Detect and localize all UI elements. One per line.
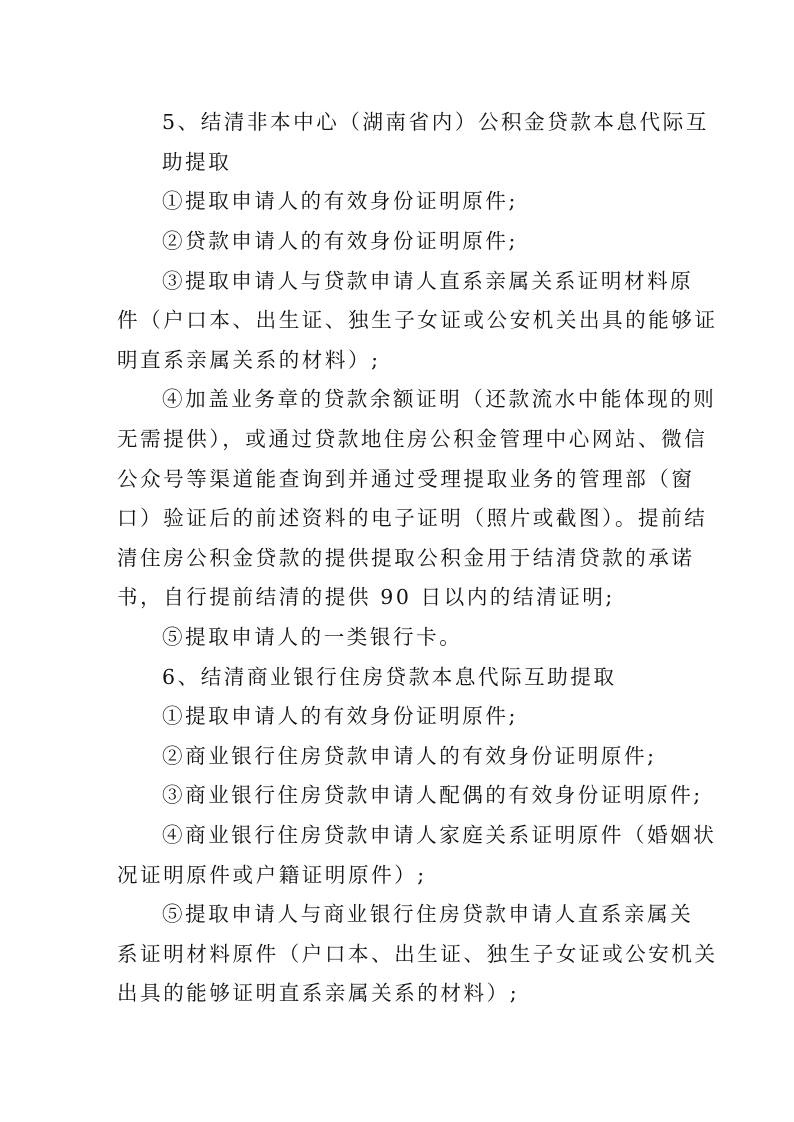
section-5-item-4-line-4: 口）验证后的前述资料的电子证明（照片或截图）。提前结 bbox=[117, 504, 707, 532]
section-5-item-1: ①提取申请人的有效身份证明原件; bbox=[162, 187, 518, 215]
section-5-item-3-line-3: 明直系亲属关系的材料）; bbox=[117, 346, 381, 374]
section-5-item-4-line-2: 无需提供），或通过贷款地住房公积金管理中心网站、微信 bbox=[117, 425, 707, 453]
section-5-item-3-line-2: 件（户口本、出生证、独生子女证或公安机关出具的能够证 bbox=[117, 306, 718, 334]
section-5-item-2: ②贷款申请人的有效身份证明原件; bbox=[162, 227, 518, 255]
section-5-item-4-line-3: 公众号等渠道能查询到并通过受理提取业务的管理部（窗 bbox=[117, 465, 695, 493]
section-6-item-4-line-1: ④商业银行住房贷款申请人家庭关系证明原件（婚姻状 bbox=[162, 821, 716, 849]
section-5-item-5: ⑤提取申请人的一类银行卡。 bbox=[162, 623, 462, 651]
section-6-item-1: ①提取申请人的有效身份证明原件; bbox=[162, 702, 518, 730]
section-6-item-5-line-2: 系证明材料原件（户口本、出生证、独生子女证或公安机关 bbox=[117, 940, 718, 968]
section-6-item-2: ②商业银行住房贷款申请人的有效身份证明原件; bbox=[162, 742, 657, 770]
section-6-item-5-line-1: ⑤提取申请人与商业银行住房贷款申请人直系亲属关 bbox=[162, 900, 693, 928]
section-5-item-4-line-6: 书，自行提前结清的提供 90 日以内的结清证明; bbox=[117, 583, 615, 611]
section-5-item-4-line-1: ④加盖业务章的贷款余额证明（还款流水中能体现的则 bbox=[162, 385, 716, 413]
section-6-item-4-line-2: 况证明原件或户籍证明原件）; bbox=[117, 861, 427, 889]
section-5-heading-line-1: 5、结清非本中心（湖南省内）公积金贷款本息代际互 bbox=[162, 108, 709, 136]
section-6-heading: 6、结清商业银行住房贷款本息代际互助提取 bbox=[162, 663, 617, 691]
document-page: 5、结清非本中心（湖南省内）公积金贷款本息代际互 助提取 ①提取申请人的有效身份… bbox=[0, 0, 794, 1122]
section-5-heading-line-2: 助提取 bbox=[162, 148, 231, 176]
section-6-item-5-line-3: 出具的能够证明直系亲属关系的材料）; bbox=[117, 979, 519, 1007]
section-6-item-3: ③商业银行住房贷款申请人配偶的有效身份证明原件; bbox=[162, 781, 703, 809]
section-5-item-3-line-1: ③提取申请人与贷款申请人直系亲属关系证明材料原 bbox=[162, 267, 693, 295]
section-5-item-4-line-5: 清住房公积金贷款的提供提取公积金用于结清贷款的承诺 bbox=[117, 544, 695, 572]
